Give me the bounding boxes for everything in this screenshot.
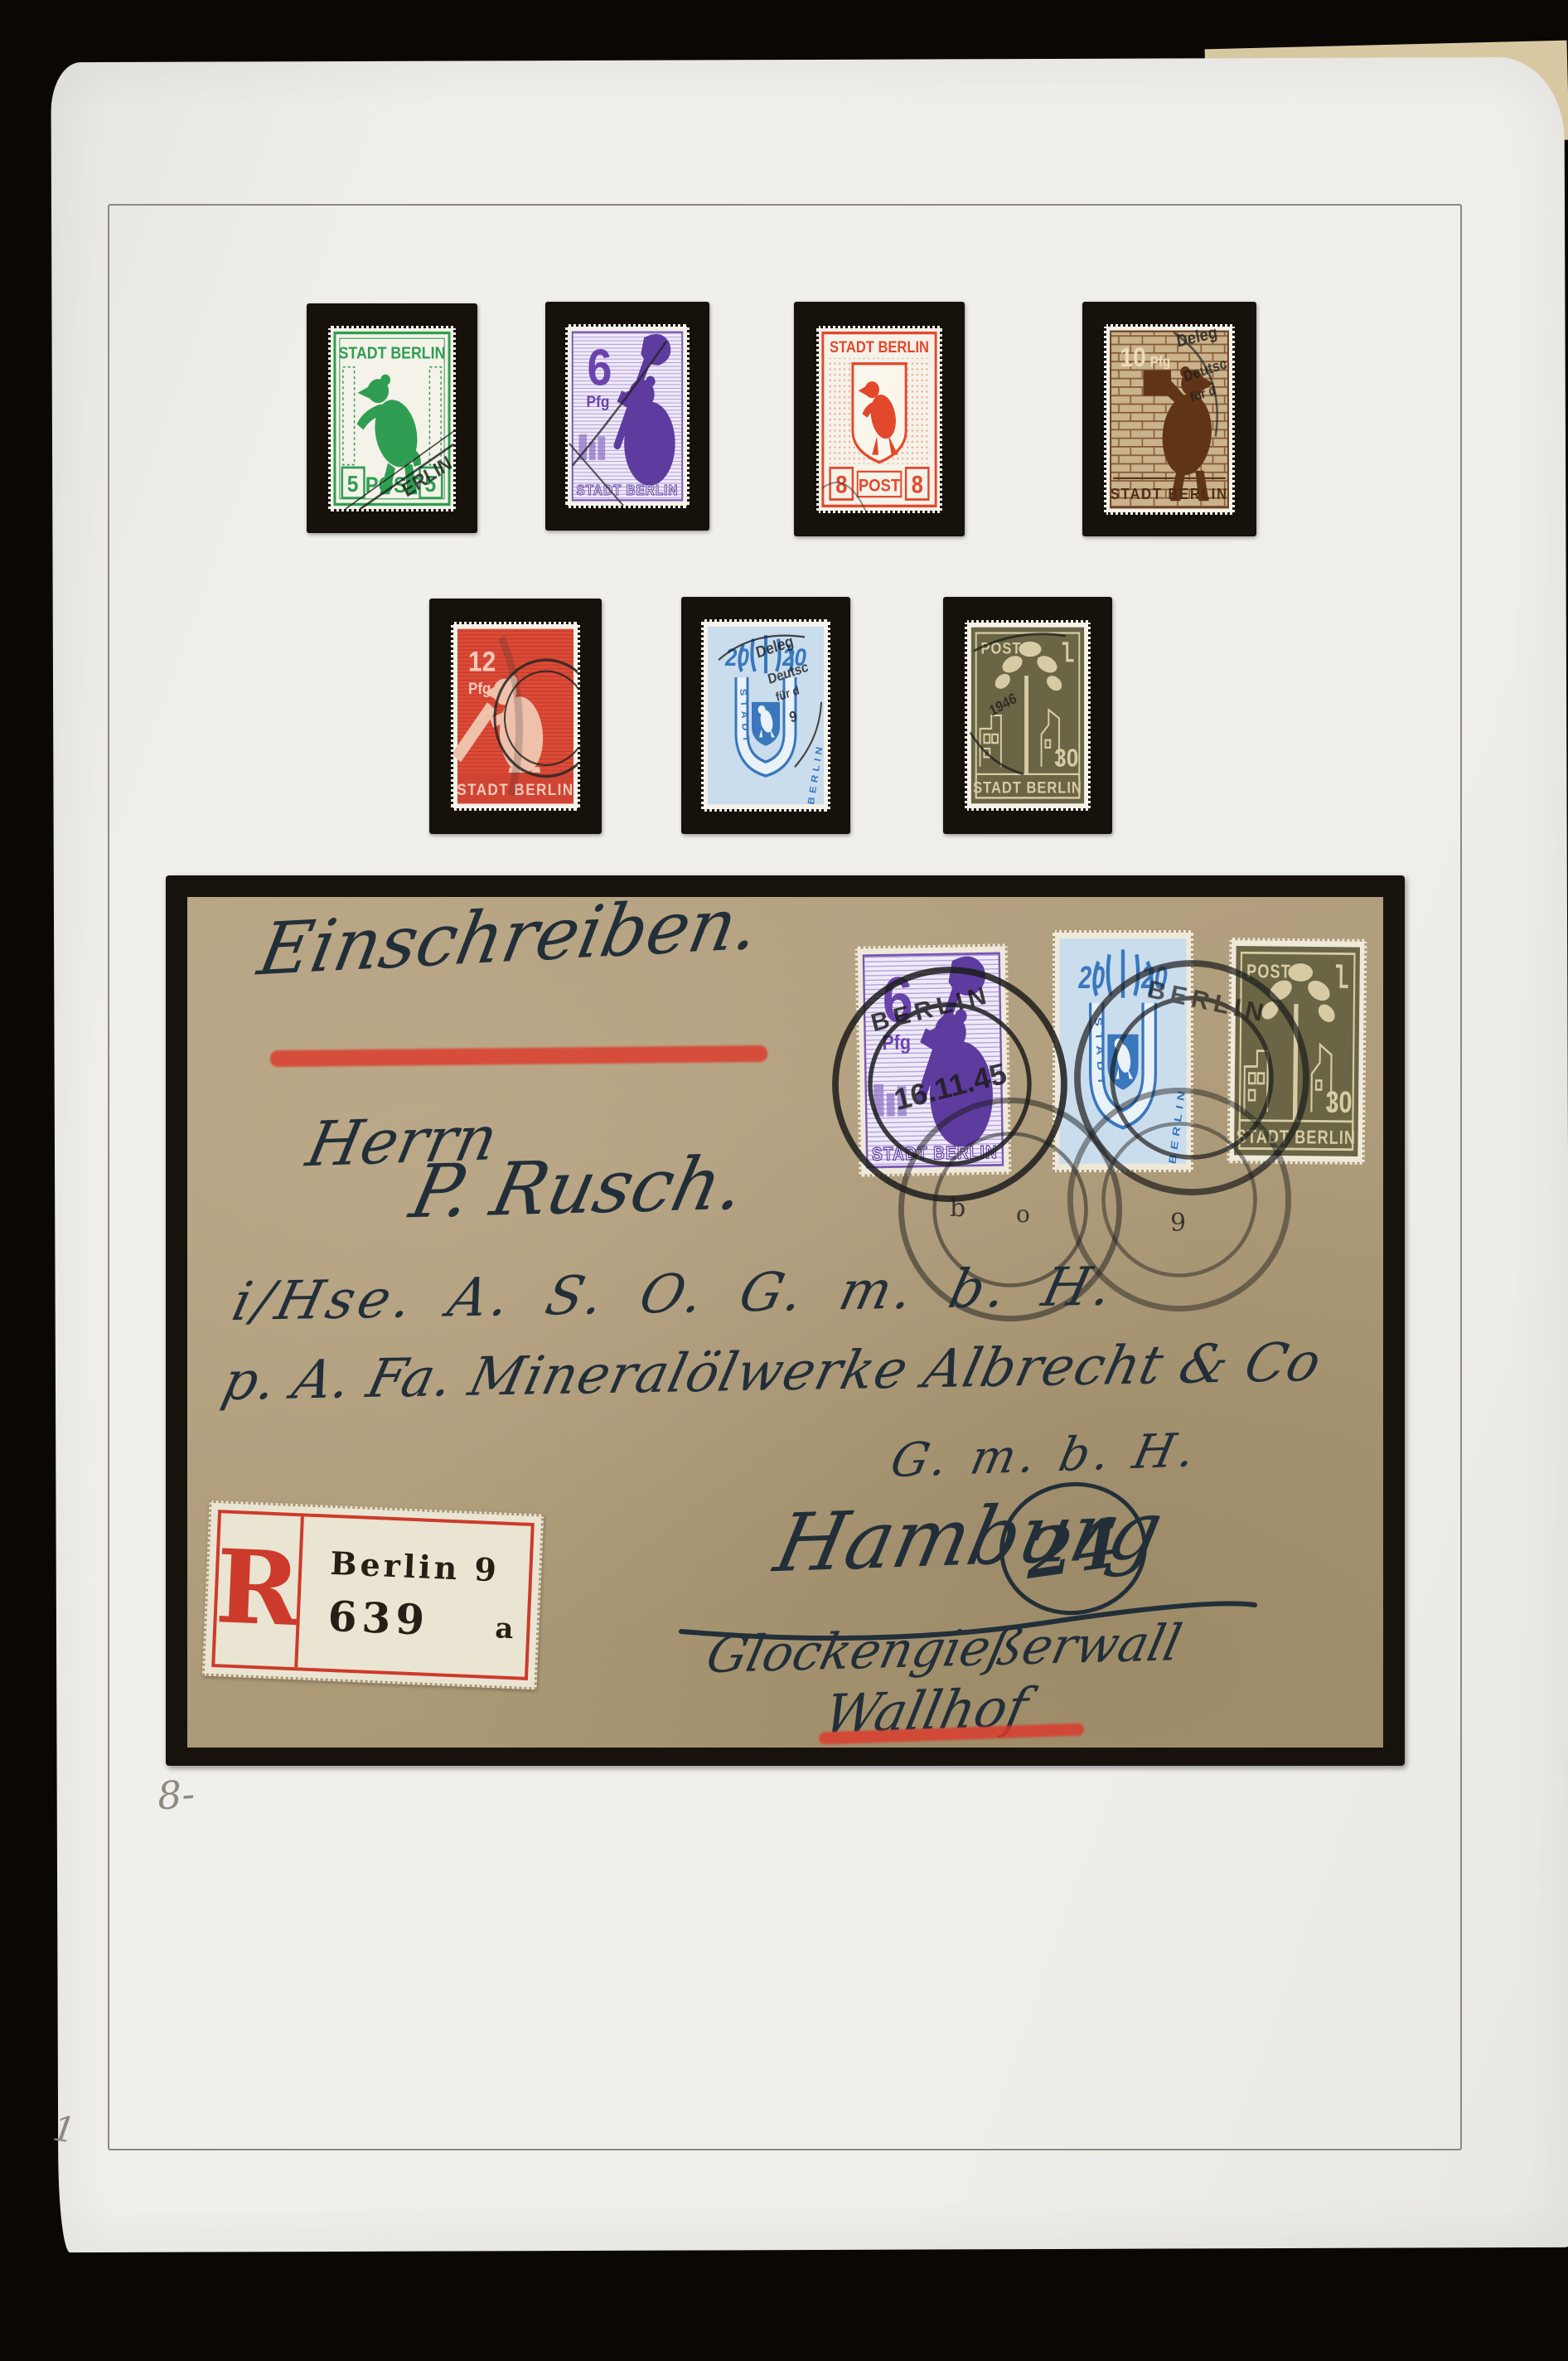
cover-mount: Einschreiben. 6 Pfg — [166, 875, 1405, 1766]
registration-info-cell: Berlin 9 639 a — [298, 1516, 530, 1676]
stamp-8pf-red: STADT BERLIN 8 POST 8 — [816, 326, 942, 513]
stamp-mount: 10 Pfg STADT BERLIN Deleg Deutsc — [1082, 302, 1256, 536]
registered-cover-envelope: Einschreiben. 6 Pfg — [187, 897, 1383, 1748]
stamp-value: 10 — [1120, 343, 1146, 372]
pencil-price-note: 8- — [156, 1772, 196, 1819]
postmark-letter: o — [1016, 1200, 1030, 1228]
stamp-bottom-text: STADT BERLIN — [1111, 485, 1228, 502]
registration-letter: R — [214, 1535, 302, 1640]
stamp-top-text: STADT BERLIN — [830, 338, 929, 356]
registration-number: 639 — [327, 1592, 431, 1645]
stamp-post-text: POST — [859, 476, 900, 496]
stamp-5pf-green: STADT BERLIN 5 POST 5 — [328, 326, 456, 511]
stamp-mount: STADT BERLIN 5 POST 5 — [307, 303, 477, 533]
registered-endorsement: Einschreiben. — [252, 897, 766, 992]
stamp-unit: Pfg — [1150, 354, 1170, 370]
stamp-mount: 20 20 STADT BERLIN — [681, 597, 850, 834]
stamp-6pf-violet: 6 Pfg STADT BERLIN — [565, 324, 690, 508]
stamp-value: 6 — [587, 340, 612, 396]
registration-label-border: R Berlin 9 639 a — [211, 1510, 535, 1680]
stamp-30pf-olive: POST — [965, 620, 1091, 811]
postmark-letter: b — [950, 1194, 965, 1223]
stamp-bottom-text: STADT BERLIN — [577, 482, 679, 498]
address-city: Hamburg — [767, 1483, 1170, 1590]
address-line-gmbh: G. m. b. H. — [886, 1423, 1205, 1488]
stamp-10pf-brown: 10 Pfg STADT BERLIN Deleg Deutsc — [1104, 324, 1235, 515]
photo-of-stamp-album-page: STADT BERLIN 5 POST 5 — [0, 0, 1568, 2361]
stamp-bottom-text: STADT BERLIN — [973, 778, 1082, 797]
registration-office: Berlin 9 — [330, 1544, 530, 1590]
registration-letter-cell: R — [215, 1513, 304, 1667]
stamp-12pf-red: 12 Pfg STADT BERLIN — [451, 622, 580, 811]
address-street: Glockengießerwall — [701, 1614, 1187, 1685]
stamp-value: 30 — [1325, 1084, 1352, 1118]
red-crayon-underline — [270, 1045, 767, 1067]
stamp-value: 30 — [1054, 744, 1078, 773]
stamp-value: 8 — [912, 470, 923, 497]
stamp-value: 5 — [347, 470, 359, 497]
stamp-mount: 12 Pfg STADT BERLIN — [429, 599, 602, 834]
stamp-mount: STADT BERLIN 8 POST 8 — [794, 302, 965, 536]
stamp-unit: Pfg — [587, 392, 610, 410]
address-line-company2: p. A. Fa. Mineralölwerke Albrecht & Co — [216, 1332, 1327, 1413]
postmark-letter: 9 — [1170, 1209, 1186, 1238]
registration-label: R Berlin 9 639 a — [202, 1500, 544, 1690]
stamp-mount: POST — [943, 597, 1112, 834]
stamp-mount: 6 Pfg STADT BERLIN — [545, 302, 709, 531]
stamp-top-text: POST — [981, 639, 1022, 657]
stamp-20pf-blue: 20 20 STADT BERLIN — [701, 619, 830, 812]
registration-suffix: a — [495, 1612, 515, 1646]
address-line-name: P. Rusch. — [404, 1140, 753, 1234]
stamp-value: 12 — [468, 646, 496, 677]
stamp-top-text: STADT BERLIN — [339, 344, 446, 362]
